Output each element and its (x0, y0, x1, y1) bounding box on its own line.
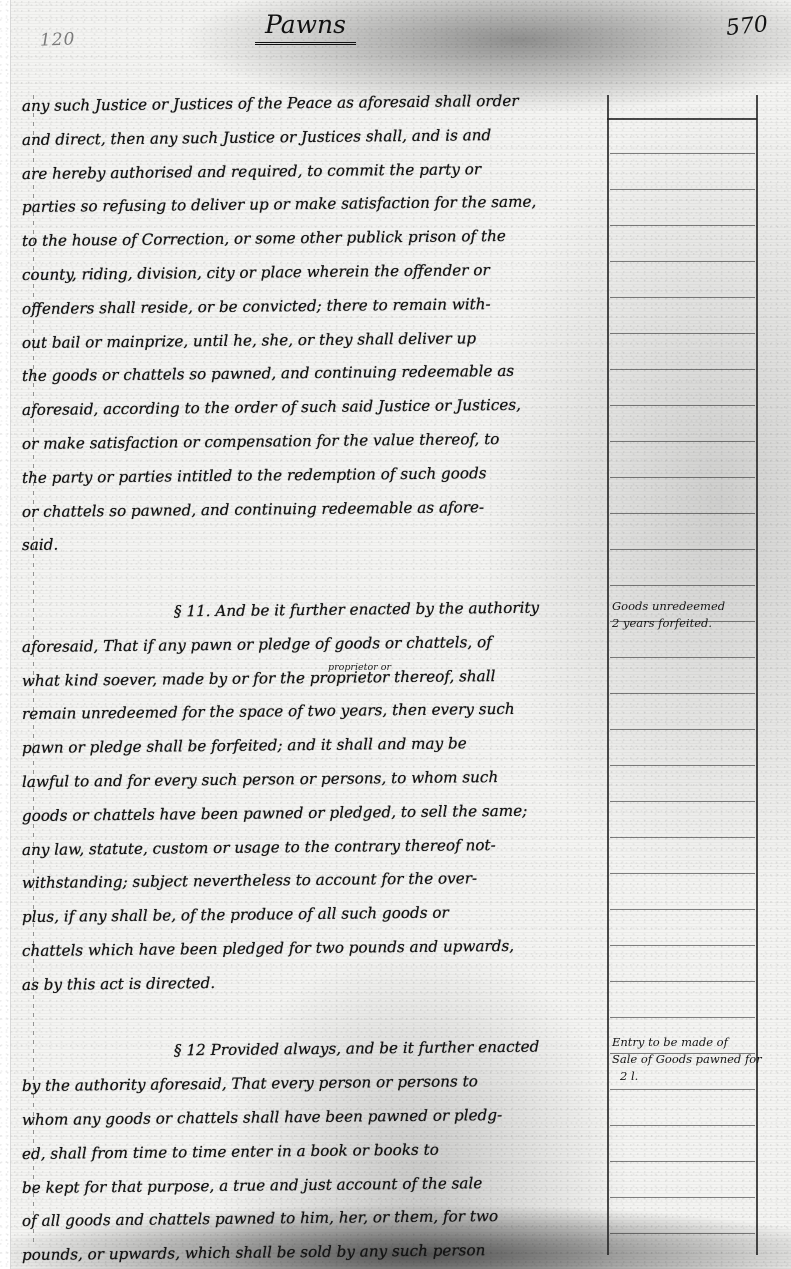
text-line: pounds, or upwards, which shall be sold … (22, 1233, 612, 1269)
text-line: and direct, then any such Justice or Jus… (22, 118, 612, 158)
text-line: lawful to and for every such person or p… (22, 760, 612, 800)
folio-number-left: 120 (40, 29, 76, 50)
margin-note-line: 2 years forfeited. (612, 615, 757, 632)
margin-note-line: Goods unredeemed (612, 598, 757, 615)
text-line: goods or chattels have been pawned or pl… (22, 794, 612, 834)
text-line: offenders shall reside, or be convicted;… (22, 287, 612, 327)
text-line: chattels which have been pledged for two… (22, 929, 612, 969)
margin-note-line: Entry to be made of (612, 1034, 757, 1051)
margin-note-section-12: Entry to be made of Sale of Goods pawned… (612, 1034, 757, 1085)
margin-column-top-rule (607, 118, 757, 120)
text-line: ed, shall from time to time enter in a b… (22, 1132, 612, 1172)
text-line: the party or parties intitled to the red… (22, 456, 612, 496)
text-line: whom any goods or chattels shall have be… (22, 1098, 612, 1138)
page-heading: Pawns (255, 10, 356, 45)
text-line: aforesaid, That if any pawn or pledge of… (22, 625, 612, 665)
margin-note-line: Sale of Goods pawned for (612, 1051, 757, 1068)
interlinear-insertion: proprietor or (328, 662, 391, 673)
margin-note-line: 2 l. (612, 1068, 757, 1085)
scan-edge (0, 0, 11, 1269)
manuscript-page: 120 Pawns 570 any such Justice or Justic… (0, 0, 791, 1269)
page-number: 570 (725, 12, 769, 41)
text-line: as by this act is directed. (22, 963, 612, 1003)
margin-note-section-11: Goods unredeemed 2 years forfeited. (612, 598, 757, 632)
manuscript-body: any such Justice or Justices of the Peac… (22, 90, 612, 1269)
